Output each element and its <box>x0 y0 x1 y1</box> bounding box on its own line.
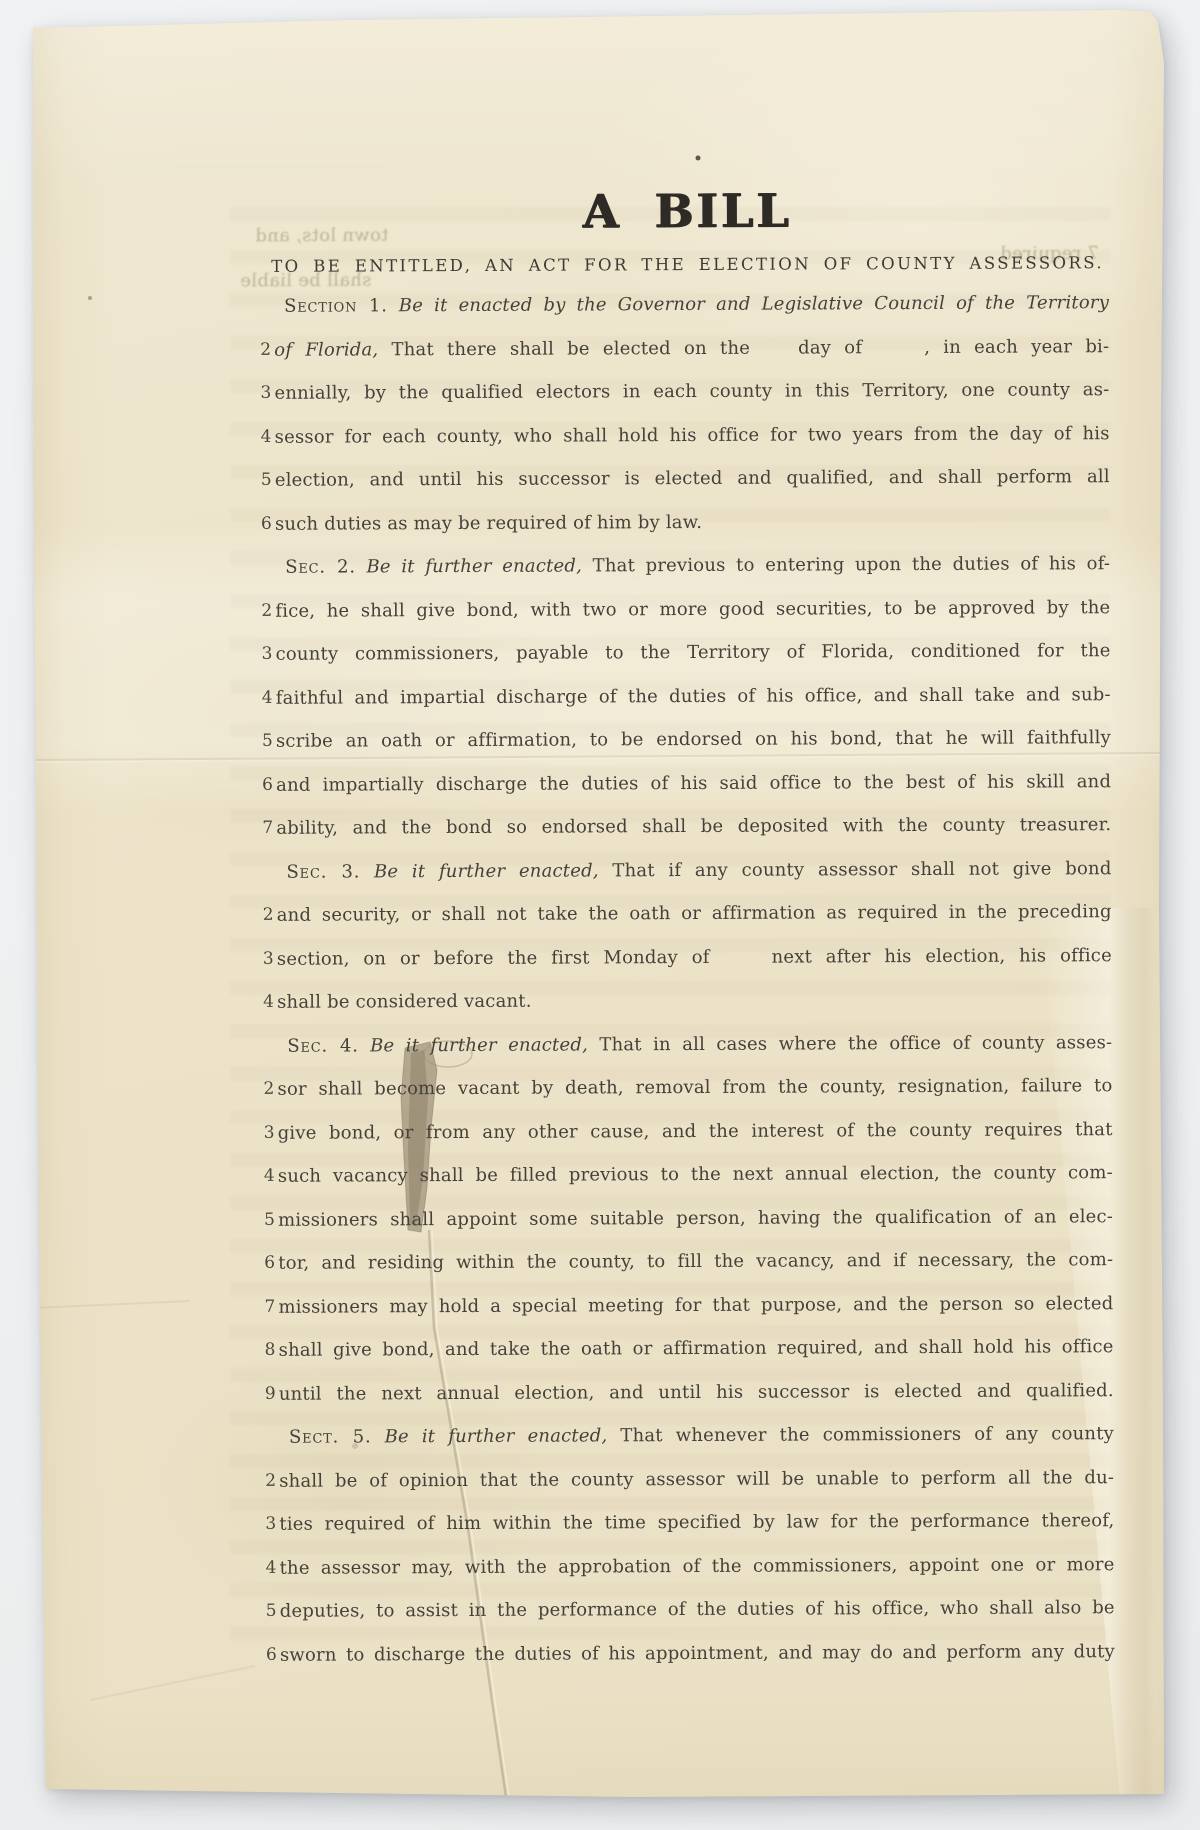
text-line: 2shall be of opinion that the county ass… <box>265 1456 1114 1503</box>
text-segment: Sec. 2. <box>285 556 356 577</box>
line-text: shall be of opinion that the county asse… <box>279 1456 1114 1503</box>
text-segment: election, and until his successor is ele… <box>275 466 1110 491</box>
line-number: 6 <box>264 1242 278 1286</box>
text-line: 3county commissioners, payable to the Te… <box>261 629 1110 676</box>
text-line: 3give bond, or from any other cause, and… <box>264 1108 1113 1155</box>
text-line: 6sworn to discharge the duties of his ap… <box>266 1630 1115 1677</box>
text-line: Sec. 4. Be it further enacted, That in a… <box>263 1021 1112 1068</box>
line-text: and security, or shall not take the oath… <box>277 890 1112 937</box>
text-segment: shall be considered vacant. <box>277 991 532 1013</box>
text-segment: the assessor may, with the approbation o… <box>280 1554 1115 1579</box>
text-line: 5deputies, to assist in the performance … <box>266 1586 1115 1633</box>
text-segment: shall be of opinion that the county asse… <box>279 1467 1114 1492</box>
line-text: missioners may hold a special meeting fo… <box>278 1282 1113 1329</box>
text-segment: and security, or shall not take the oath… <box>277 901 1112 926</box>
line-number <box>262 850 276 894</box>
text-segment: Sect. 5. <box>289 1426 372 1447</box>
text-segment <box>356 556 367 577</box>
text-segment: such vacancy shall be filled previous to… <box>278 1162 1113 1187</box>
text-segment: Be it further enacted, <box>384 1425 607 1447</box>
section-5: Sect. 5. Be it further enacted, That whe… <box>265 1412 1115 1677</box>
line-number: 5 <box>266 1590 280 1634</box>
text-segment: ties required of him within the time spe… <box>279 1510 1114 1535</box>
line-number: 7 <box>262 807 276 851</box>
text-line: 6tor, and residing within the county, to… <box>264 1238 1113 1285</box>
line-number: 4 <box>265 1546 279 1590</box>
line-number: 4 <box>262 676 276 720</box>
ink-speck <box>696 156 701 161</box>
line-text: election, and until his successor is ele… <box>275 455 1110 502</box>
text-segment: section, on or before the first Monday o… <box>277 946 710 969</box>
paper-speck <box>88 296 92 300</box>
line-text: such vacancy shall be filled previous to… <box>278 1151 1113 1198</box>
line-number: 2 <box>260 328 274 372</box>
text-segment: and impartially discharge the duties of … <box>276 771 1111 796</box>
line-text: ennially, by the qualified electors in e… <box>274 368 1109 415</box>
text-line: 3ennially, by the qualified electors in … <box>260 368 1109 415</box>
line-text: the assessor may, with the approbation o… <box>279 1543 1114 1590</box>
text-line: 4such vacancy shall be filled previous t… <box>264 1151 1113 1198</box>
line-number <box>261 546 275 590</box>
line-text: Sec. 4. Be it further enacted, That in a… <box>277 1021 1112 1068</box>
text-line: Section 1. Be it enacted by the Governor… <box>260 281 1109 328</box>
text-segment: Be it enacted by the Governor and Legisl… <box>399 292 1109 316</box>
line-number: 7 <box>264 1285 278 1329</box>
line-text: shall be considered vacant. <box>277 977 1112 1024</box>
line-number: 5 <box>261 459 275 503</box>
line-text: Sect. 5. Be it further enacted, That whe… <box>279 1412 1114 1459</box>
text-line: 5missioners shall appoint some suitable … <box>264 1195 1113 1242</box>
line-text: section, on or before the first Monday o… <box>277 934 1112 981</box>
text-line: 7ability, and the bond so endorsed shall… <box>262 803 1111 850</box>
line-number: 2 <box>261 589 275 633</box>
line-text: ties required of him within the time spe… <box>279 1499 1114 1546</box>
text-segment: Be it further enacted, <box>374 860 599 882</box>
text-segment: ability, and the bond so endorsed shall … <box>276 814 1111 839</box>
text-line: 7missioners may hold a special meeting f… <box>264 1282 1113 1329</box>
text-segment: such duties as may be required of him by… <box>275 511 702 534</box>
text-line: 3section, on or before the first Monday … <box>263 934 1112 981</box>
text-segment: Sec. 4. <box>287 1035 359 1056</box>
text-segment: sessor for each county, who shall hold h… <box>275 423 1110 448</box>
line-text: ability, and the bond so endorsed shall … <box>276 803 1111 850</box>
text-line: 4sessor for each county, who shall hold … <box>261 412 1110 459</box>
line-text: Section 1. Be it enacted by the Governor… <box>274 281 1109 328</box>
text-segment: Be it further enacted, <box>370 1034 588 1056</box>
line-number: 4 <box>264 1155 278 1199</box>
line-text: scribe an oath or affirmation, to be end… <box>276 716 1111 763</box>
text-segment: Section 1. <box>284 295 388 316</box>
line-text: shall give bond, and take the oath or af… <box>279 1325 1114 1372</box>
text-segment: , in each year bi- <box>924 336 1109 358</box>
text-line: Sec. 3. Be it further enacted, That if a… <box>262 847 1111 894</box>
text-segment: Be it further enacted, <box>366 555 582 577</box>
text-line: 2sor shall become vacant by death, remov… <box>263 1064 1112 1111</box>
corner-crease <box>90 1666 255 1700</box>
text-segment: That there shall be elected on the <box>378 337 750 360</box>
document-subtitle: TO BE ENTITLED, AN ACT FOR THE ELECTION … <box>263 254 1112 276</box>
text-line: 8shall give bond, and take the oath or a… <box>265 1325 1114 1372</box>
line-text: sessor for each county, who shall hold h… <box>275 412 1110 459</box>
line-number: 5 <box>262 720 276 764</box>
line-number <box>263 1024 277 1068</box>
line-number: 4 <box>263 981 277 1025</box>
line-text: such duties as may be required of him by… <box>275 499 1110 546</box>
text-line: 6such duties as may be required of him b… <box>261 499 1110 546</box>
text-segment: sor shall become vacant by death, remova… <box>277 1075 1112 1100</box>
paper-sheet: town lots, andshall be liable7 required <box>30 8 1165 1798</box>
section-3: Sec. 3. Be it further enacted, That if a… <box>262 847 1112 1025</box>
line-number: 3 <box>261 633 275 677</box>
line-number: 6 <box>262 763 276 807</box>
text-line: 2fice, he shall give bond, with two or m… <box>261 586 1110 633</box>
text-segment: shall give bond, and take the oath or af… <box>279 1336 1114 1361</box>
line-text: sor shall become vacant by death, remova… <box>277 1064 1112 1111</box>
text-segment: That in all cases where the office of co… <box>588 1032 1112 1055</box>
text-line: 3ties required of him within the time sp… <box>265 1499 1114 1546</box>
line-text: and impartially discharge the duties of … <box>276 760 1111 807</box>
text-segment: faithful and impartial discharge of the … <box>276 684 1111 709</box>
text-line: 2and security, or shall not take the oat… <box>263 890 1112 937</box>
line-number: 9 <box>265 1372 279 1416</box>
line-text: deputies, to assist in the performance o… <box>280 1586 1115 1633</box>
text-segment: Sec. 3. <box>286 861 360 882</box>
line-number <box>260 285 274 329</box>
scanned-bill-page: town lots, andshall be liable7 required <box>30 8 1165 1798</box>
line-text: missioners shall appoint some suitable p… <box>278 1195 1113 1242</box>
text-segment: missioners may hold a special meeting fo… <box>278 1293 1113 1318</box>
text-line: 9until the next annual election, and unt… <box>265 1369 1114 1416</box>
line-number: 8 <box>265 1329 279 1373</box>
text-segment: next after his election, his office <box>772 945 1112 967</box>
line-text: Sec. 2. Be it further enacted, That prev… <box>275 542 1110 589</box>
line-text: of Florida, That there shall be elected … <box>274 325 1109 372</box>
text-segment: ennially, by the qualified electors in e… <box>274 379 1109 404</box>
line-text: faithful and impartial discharge of the … <box>276 673 1111 720</box>
section-2: Sec. 2. Be it further enacted, That prev… <box>261 542 1111 850</box>
text-segment: fice, he shall give bond, with two or mo… <box>275 597 1110 622</box>
text-segment: sworn to discharge the duties of his app… <box>280 1641 1115 1666</box>
section-4: Sec. 4. Be it further enacted, That in a… <box>263 1021 1114 1416</box>
sections: Section 1. Be it enacted by the Governor… <box>260 281 1115 1677</box>
text-segment: day of <box>798 337 862 358</box>
line-text: give bond, or from any other cause, and … <box>278 1108 1113 1155</box>
line-text: Sec. 3. Be it further enacted, That if a… <box>276 847 1111 894</box>
text-segment: missioners shall appoint some suitable p… <box>278 1206 1113 1231</box>
text-segment: That whenever the commissioners of any c… <box>607 1423 1114 1446</box>
text-segment: That previous to entering upon the dutie… <box>582 553 1110 576</box>
text-segment: county commissioners, payable to the Ter… <box>276 640 1111 665</box>
line-text: until the next annual election, and unti… <box>279 1369 1114 1416</box>
text-segment: deputies, to assist in the performance o… <box>280 1597 1115 1622</box>
line-number: 3 <box>264 1111 278 1155</box>
text-segment <box>388 295 399 316</box>
text-line: Sect. 5. Be it further enacted, That whe… <box>265 1412 1114 1459</box>
text-segment: of Florida, <box>274 339 378 360</box>
section-1: Section 1. Be it enacted by the Governor… <box>260 281 1110 546</box>
line-number: 6 <box>266 1633 280 1677</box>
line-number: 2 <box>265 1459 279 1503</box>
text-line: 4faithful and impartial discharge of the… <box>262 673 1111 720</box>
text-segment <box>359 1035 370 1056</box>
document-header: A BILL TO BE ENTITLED, AN ACT FOR THE EL… <box>263 186 1112 276</box>
line-number: 2 <box>263 894 277 938</box>
text-segment: That if any county assessor shall not gi… <box>599 858 1112 881</box>
line-number: 4 <box>261 415 275 459</box>
text-segment: give bond, or from any other cause, and … <box>278 1119 1113 1144</box>
minor-fold-line <box>32 1301 190 1308</box>
line-number: 3 <box>260 372 274 416</box>
text-line: 5election, and until his successor is el… <box>261 455 1110 502</box>
line-text: sworn to discharge the duties of his app… <box>280 1630 1115 1677</box>
text-line: 2of Florida, That there shall be elected… <box>260 325 1109 372</box>
line-number: 2 <box>263 1068 277 1112</box>
line-number: 3 <box>263 937 277 981</box>
text-segment <box>371 1426 384 1447</box>
text-line: 5scribe an oath or affirmation, to be en… <box>262 716 1111 763</box>
text-segment: tor, and residing within the county, to … <box>278 1249 1113 1274</box>
bill-text: Section 1. Be it enacted by the Governor… <box>260 281 1115 1677</box>
line-text: tor, and residing within the county, to … <box>278 1238 1113 1285</box>
text-segment: scribe an oath or affirmation, to be end… <box>276 727 1111 752</box>
text-line: 4the assessor may, with the approbation … <box>265 1543 1114 1590</box>
text-segment <box>360 861 374 882</box>
line-number: 3 <box>265 1503 279 1547</box>
text-line: Sec. 2. Be it further enacted, That prev… <box>261 542 1110 589</box>
line-text: county commissioners, payable to the Ter… <box>275 629 1110 676</box>
text-line: 4shall be considered vacant. <box>263 977 1112 1024</box>
line-number <box>265 1416 279 1460</box>
text-line: 6and impartially discharge the duties of… <box>262 760 1111 807</box>
line-text: fice, he shall give bond, with two or mo… <box>275 586 1110 633</box>
text-segment: until the next annual election, and unti… <box>279 1380 1114 1405</box>
line-number: 6 <box>261 502 275 546</box>
line-number: 5 <box>264 1198 278 1242</box>
document-title: A BILL <box>263 186 1112 236</box>
